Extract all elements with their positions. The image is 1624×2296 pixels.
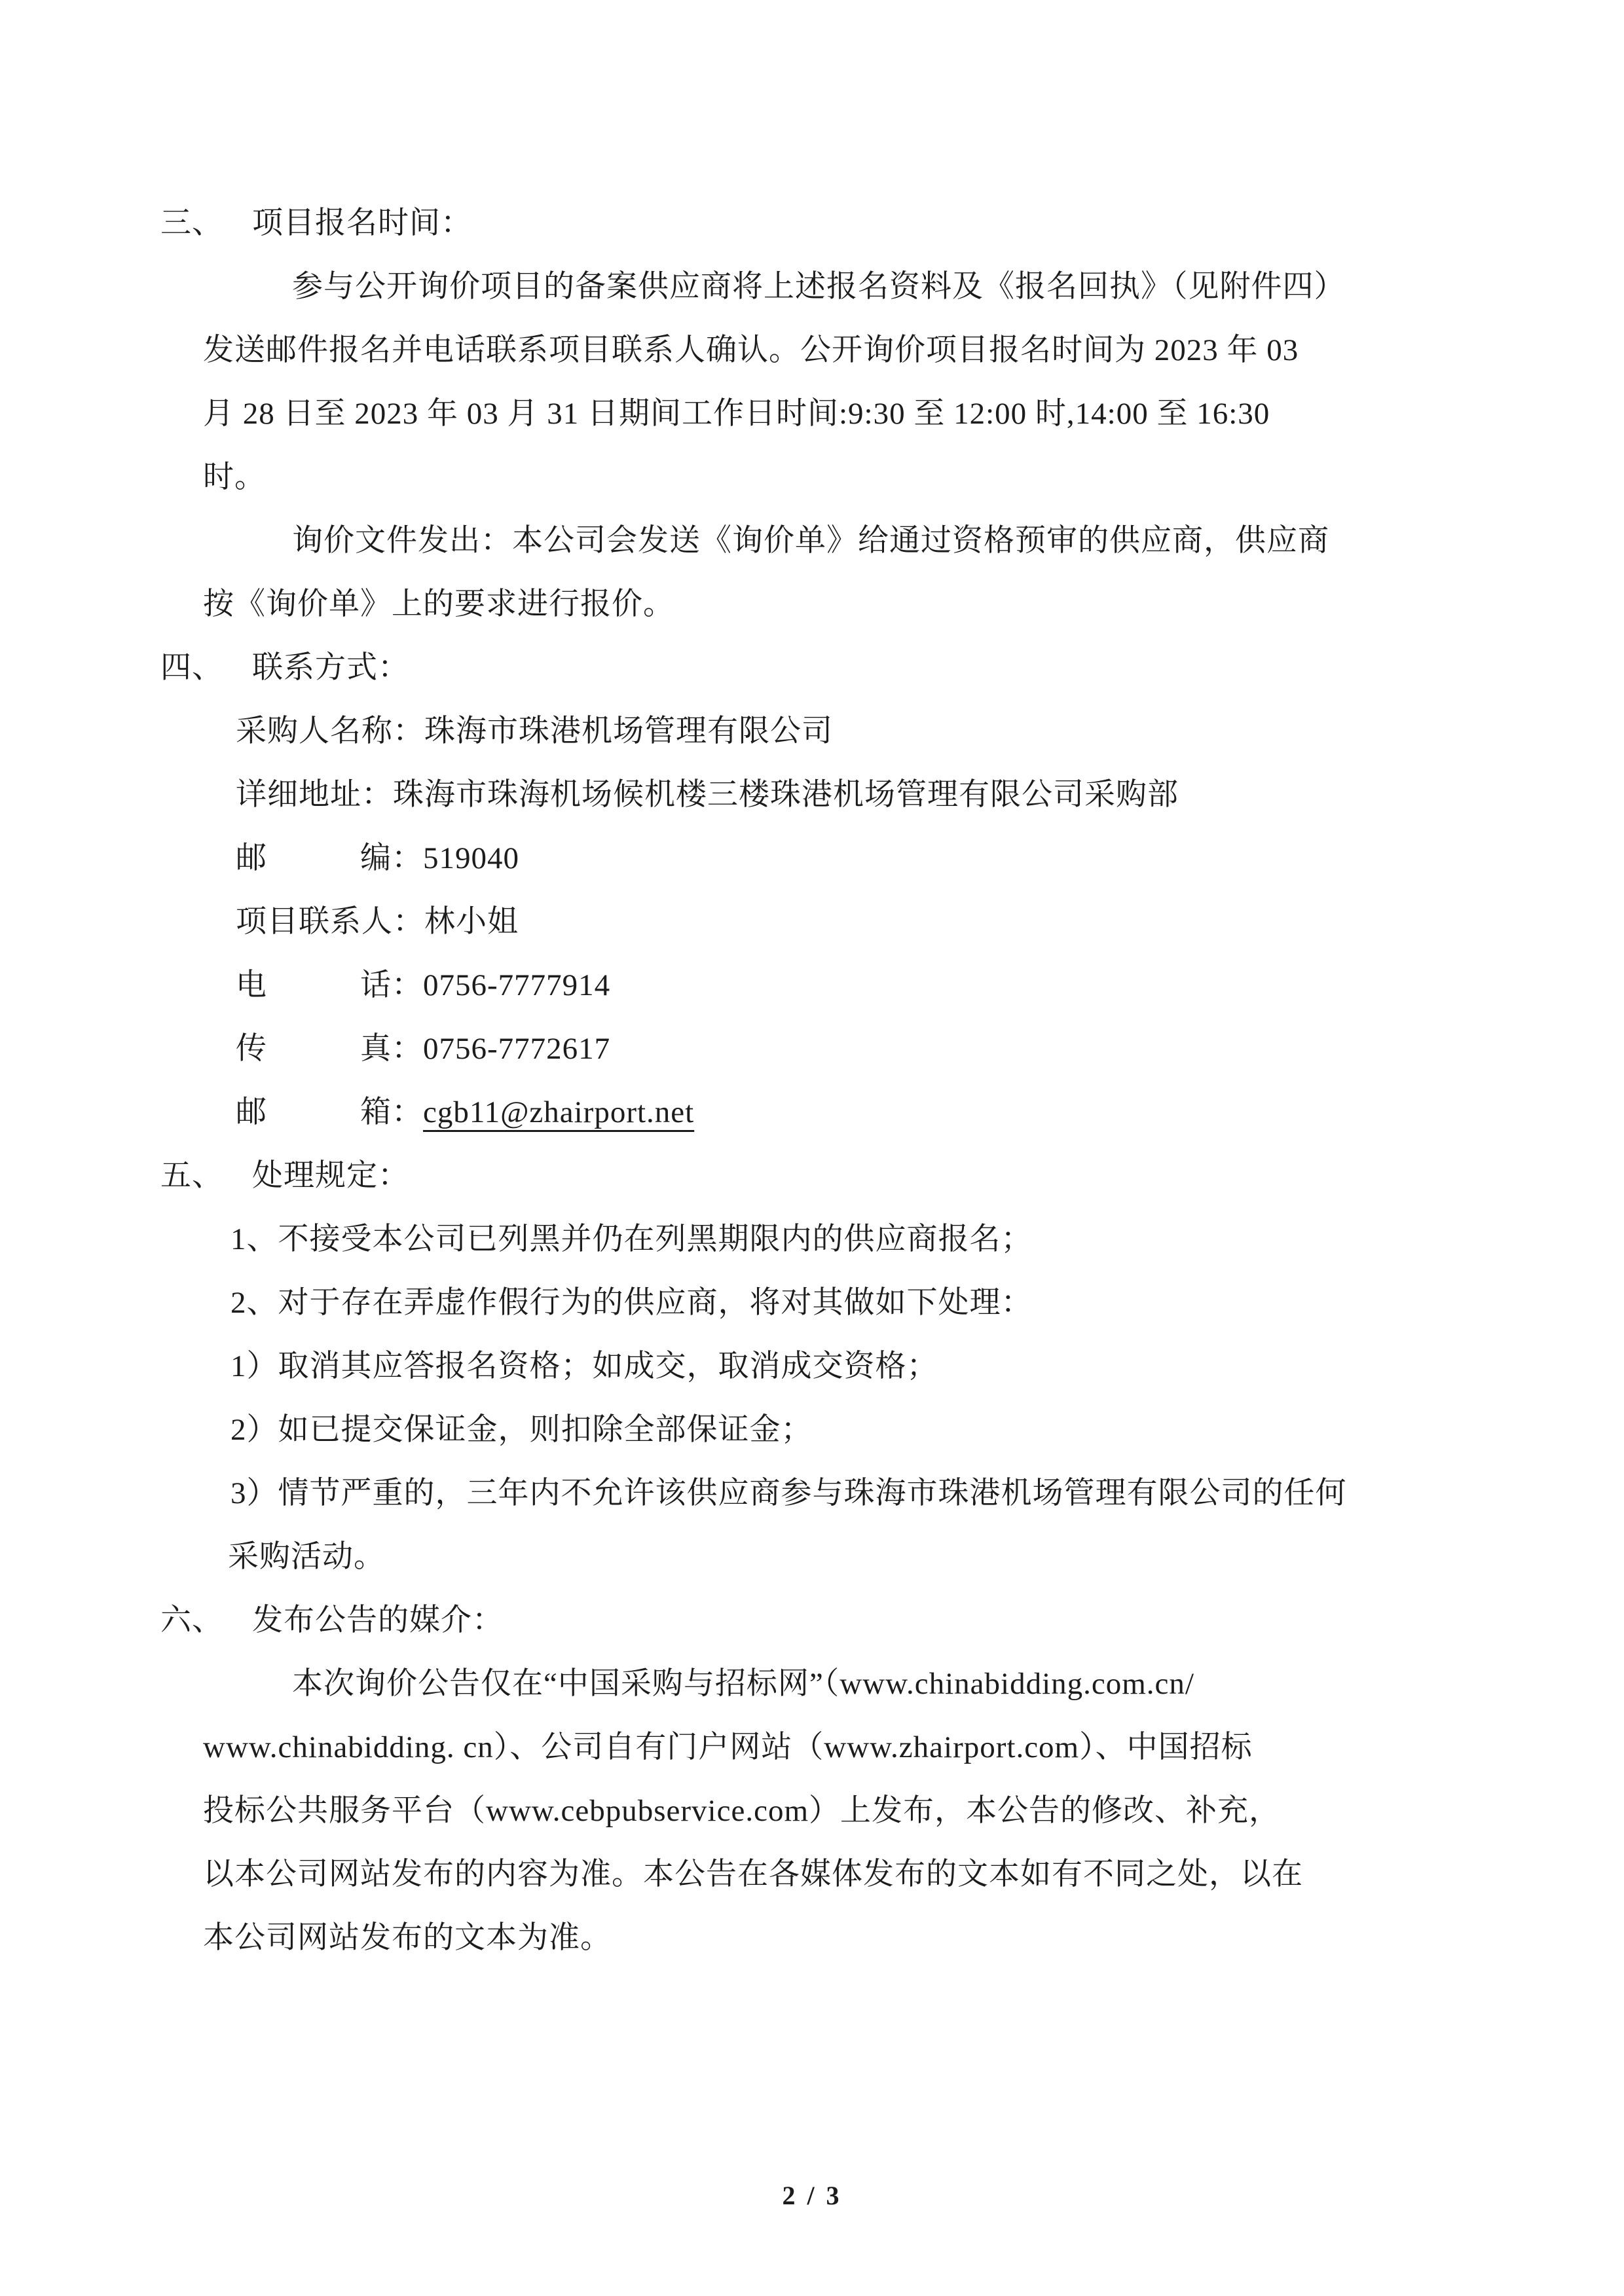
paragraph-line: 按《询价单》上的要求进行报价。 xyxy=(203,573,1624,636)
contact-row-postcode: 邮编：519040 xyxy=(236,827,1624,890)
section-5-title: 处理规定： xyxy=(252,1159,409,1193)
section-6: 六、发布公告的媒介： 本次询价公告仅在“中国采购与招标网”（www.chinab… xyxy=(0,1589,1624,1970)
list-item: 1）取消其应答报名资格；如成交，取消成交资格； xyxy=(231,1335,1624,1398)
contact-label: 邮箱 xyxy=(236,1081,392,1144)
contact-colon: ： xyxy=(392,1095,423,1129)
contact-colon: ： xyxy=(392,1032,423,1066)
contact-colon: ： xyxy=(361,778,393,812)
document-page: 三、项目报名时间： 参与公开询价项目的备案供应商将上述报名资料及《报名回执》（见… xyxy=(0,0,1624,2296)
contact-value: 珠海市珠海机场候机楼三楼珠港机场管理有限公司采购部 xyxy=(393,778,1179,812)
paragraph-line: 参与公开询价项目的备案供应商将上述报名资料及《报名回执》（见附件四） xyxy=(203,255,1624,319)
contact-label: 电话 xyxy=(236,954,392,1017)
contact-colon: ： xyxy=(392,968,423,1002)
contact-colon: ： xyxy=(393,714,424,748)
paragraph-line: 发送邮件报名并电话联系项目联系人确认。公开询价项目报名时间为 2023 年 03 xyxy=(203,319,1624,382)
section-3-title: 项目报名时间： xyxy=(252,206,472,240)
list-item: 3）情节严重的，三年内不允许该供应商参与珠海市珠港机场管理有限公司的任何 xyxy=(231,1462,1624,1525)
contact-label: 详细地址 xyxy=(236,763,361,827)
contact-colon: ： xyxy=(392,841,423,875)
paragraph-line: 以本公司网站发布的内容为准。本公告在各媒体发布的文本如有不同之处，以在 xyxy=(203,1843,1624,1906)
list-item: 2、对于存在弄虚作假行为的供应商，将对其做如下处理： xyxy=(231,1271,1624,1335)
paragraph-line: 投标公共服务平台（www.cebpubservice.com）上发布，本公告的修… xyxy=(203,1779,1624,1843)
contact-label: 传真 xyxy=(236,1017,392,1081)
contact-row-contact-person: 项目联系人：林小姐 xyxy=(236,890,1624,954)
page-number: 2 / 3 xyxy=(0,2180,1624,2211)
contact-label: 采购人名称 xyxy=(236,700,393,763)
section-4-number: 四、 xyxy=(160,636,223,700)
section-3: 三、项目报名时间： 参与公开询价项目的备案供应商将上述报名资料及《报名回执》（见… xyxy=(0,192,1624,636)
document-content: 三、项目报名时间： 参与公开询价项目的备案供应商将上述报名资料及《报名回执》（见… xyxy=(0,0,1624,1970)
contact-row-purchaser-name: 采购人名称：珠海市珠港机场管理有限公司 xyxy=(236,700,1624,763)
email-link[interactable]: cgb11@zhairport.net xyxy=(423,1095,694,1129)
list-item-continuation: 采购活动。 xyxy=(228,1525,1624,1589)
paragraph-line: 本次询价公告仅在“中国采购与招标网”（www.chinabidding.com.… xyxy=(203,1652,1624,1716)
paragraph-line: www.chinabidding. cn）、公司自有门户网站（www.zhair… xyxy=(203,1716,1624,1779)
contact-value: 0756-7772617 xyxy=(423,1032,610,1066)
contact-row-fax: 传真：0756-7772617 xyxy=(236,1017,1624,1081)
contact-value: 珠海市珠港机场管理有限公司 xyxy=(424,714,833,748)
contact-value: 519040 xyxy=(423,841,519,875)
section-4-heading: 四、联系方式： xyxy=(160,636,1624,700)
list-item: 2）如已提交保证金，则扣除全部保证金； xyxy=(231,1398,1624,1462)
section-4-title: 联系方式： xyxy=(252,651,409,685)
contact-row-address: 详细地址：珠海市珠海机场候机楼三楼珠港机场管理有限公司采购部 xyxy=(236,763,1624,827)
paragraph-line: 询价文件发出：本公司会发送《询价单》给通过资格预审的供应商，供应商 xyxy=(203,509,1624,573)
section-4: 四、联系方式： 采购人名称：珠海市珠港机场管理有限公司 详细地址：珠海市珠海机场… xyxy=(0,636,1624,1144)
section-5: 五、处理规定： 1、不接受本公司已列黑并仍在列黑期限内的供应商报名； 2、对于存… xyxy=(0,1144,1624,1589)
contact-value: 林小姐 xyxy=(424,905,519,939)
section-5-heading: 五、处理规定： xyxy=(160,1144,1624,1208)
contact-label: 邮编 xyxy=(236,827,392,890)
section-6-number: 六、 xyxy=(160,1589,223,1652)
paragraph-line: 月 28 日至 2023 年 03 月 31 日期间工作日时间:9:30 至 1… xyxy=(203,382,1624,446)
list-item: 1、不接受本公司已列黑并仍在列黑期限内的供应商报名； xyxy=(231,1208,1624,1271)
contact-label: 项目联系人 xyxy=(236,890,393,954)
section-6-title: 发布公告的媒介： xyxy=(252,1603,504,1637)
section-3-number: 三、 xyxy=(160,192,223,255)
contact-row-email: 邮箱：cgb11@zhairport.net xyxy=(236,1081,1624,1144)
section-5-number: 五、 xyxy=(160,1144,223,1208)
contact-colon: ： xyxy=(393,905,424,939)
section-3-heading: 三、项目报名时间： xyxy=(160,192,1624,255)
contact-value: 0756-7777914 xyxy=(423,968,610,1002)
paragraph-line: 时。 xyxy=(203,446,1624,509)
section-6-heading: 六、发布公告的媒介： xyxy=(160,1589,1624,1652)
contact-row-phone: 电话：0756-7777914 xyxy=(236,954,1624,1017)
paragraph-line: 本公司网站发布的文本为准。 xyxy=(203,1906,1624,1970)
